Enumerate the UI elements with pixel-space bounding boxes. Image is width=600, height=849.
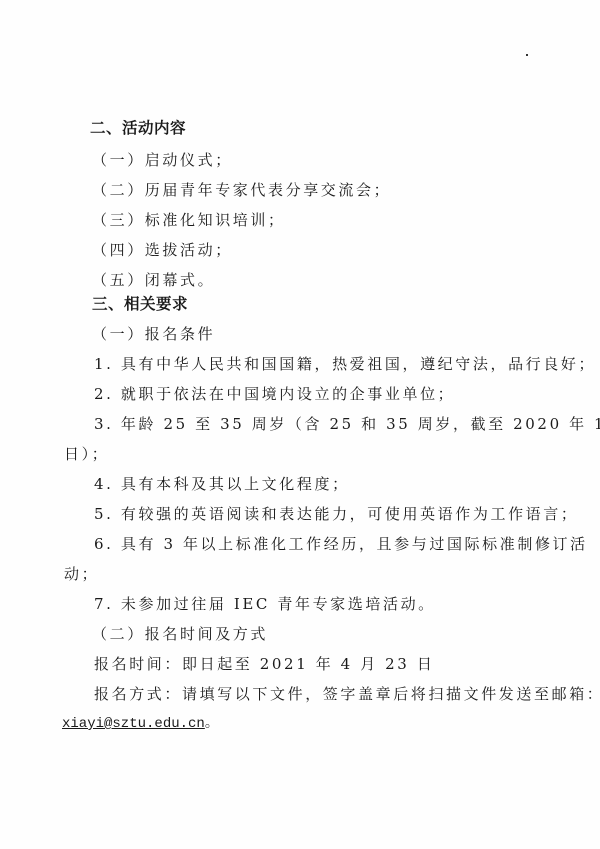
registration-time: 报名时间：即日起至 2021 年 4 月 23 日	[94, 654, 434, 674]
activity-item-4: （四）选拔活动；	[92, 240, 233, 260]
condition-2: 2. 就职于依法在中国境内设立的企事业单位；	[94, 384, 455, 404]
activity-item-1: （一）启动仪式；	[92, 150, 233, 170]
condition-1: 1. 具有中华人民共和国国籍，热爱祖国，遵纪守法，品行良好；	[94, 354, 596, 374]
section-3-heading: 三、相关要求	[92, 294, 188, 314]
condition-6: 6. 具有 3 年以上标准化工作经历，且参与过国际标准制修订活	[94, 534, 588, 554]
email-link[interactable]: xiayi@sztu.edu.cn	[62, 716, 205, 732]
registration-conditions-heading: （一）报名条件	[92, 324, 215, 344]
scan-speck	[526, 54, 528, 56]
activity-item-2: （二）历届青年专家代表分享交流会；	[92, 180, 391, 200]
activity-item-3: （三）标准化知识培训；	[92, 210, 286, 230]
section-2-heading: 二、活动内容	[90, 118, 186, 138]
registration-method: 报名方式：请填写以下文件，签字盖章后将扫描文件发送至邮箱：	[94, 684, 600, 704]
registration-method-heading: （二）报名时间及方式	[92, 624, 268, 644]
activity-item-5: （五）闭幕式。	[92, 270, 215, 290]
condition-4: 4. 具有本科及其以上文化程度；	[94, 474, 350, 494]
condition-3: 3. 年龄 25 至 35 周岁（含 25 和 35 周岁，截至 2020 年 …	[94, 414, 600, 434]
document-page: 二、活动内容 （一）启动仪式； （二）历届青年专家代表分享交流会； （三）标准化…	[0, 0, 600, 849]
email-suffix: 。	[205, 716, 219, 732]
condition-3-continued: 日）；	[64, 444, 109, 464]
condition-5: 5. 有较强的英语阅读和表达能力，可使用英语作为工作语言；	[94, 504, 578, 524]
condition-7: 7. 未参加过往届 IEC 青年专家选培活动。	[94, 594, 436, 614]
condition-6-continued: 动；	[64, 564, 99, 584]
email-line: xiayi@sztu.edu.cn。	[62, 714, 219, 734]
